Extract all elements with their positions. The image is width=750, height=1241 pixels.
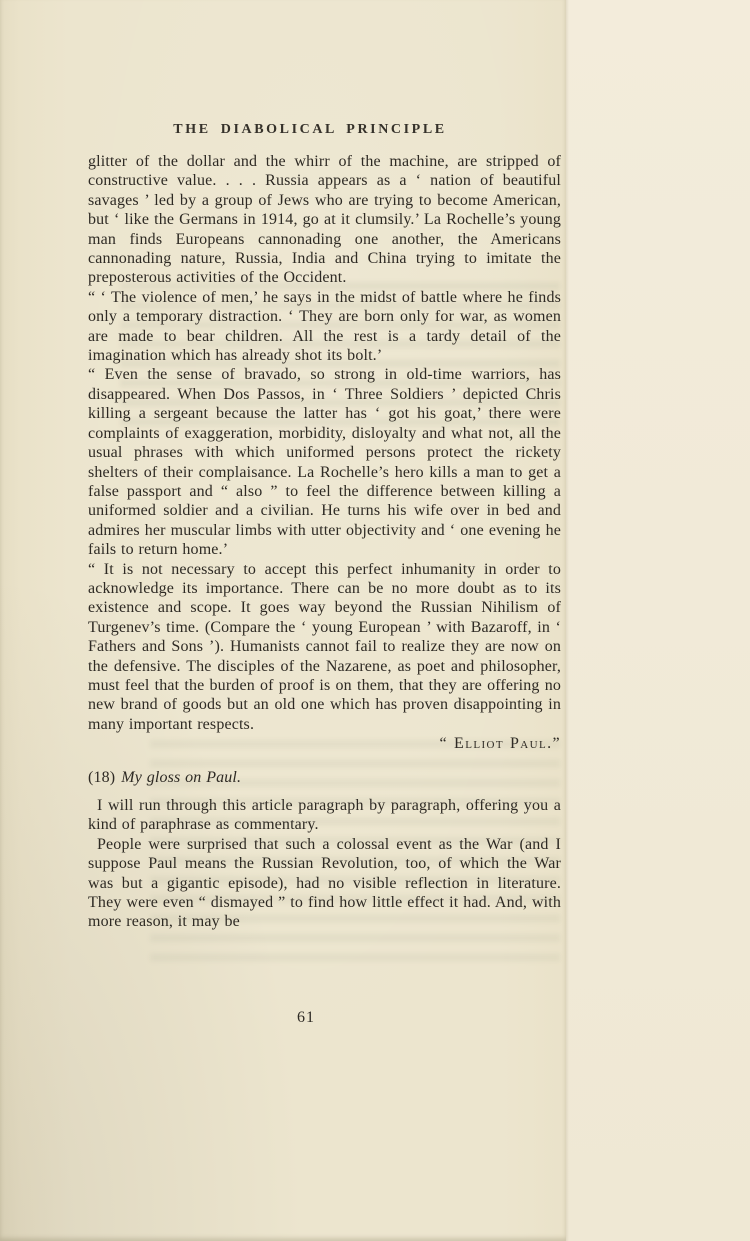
section-heading: (18)My gloss on Paul.	[88, 768, 561, 787]
paragraph-quote: “ It is not necessary to accept this per…	[88, 560, 561, 735]
paragraph-continuation: glitter of the dollar and the whirr of t…	[88, 152, 561, 288]
text-block: glitter of the dollar and the whirr of t…	[88, 152, 561, 932]
running-header: THE DIABOLICAL PRINCIPLE	[75, 122, 545, 138]
section-title: My gloss on Paul.	[121, 769, 241, 786]
author-signature: “ Elliot Paul.”	[88, 734, 561, 753]
page-number: 61	[0, 1009, 612, 1027]
adjacent-page-edge	[565, 0, 750, 1241]
paragraph-commentary: People were surprised that such a coloss…	[88, 835, 561, 932]
section-number: (18)	[88, 769, 115, 786]
paragraph-quote: “ ‘ The violence of men,’ he says in the…	[88, 288, 561, 366]
paragraph-commentary: I will run through this article paragrap…	[88, 796, 561, 835]
paragraph-quote: “ Even the sense of bravado, so strong i…	[88, 365, 561, 559]
